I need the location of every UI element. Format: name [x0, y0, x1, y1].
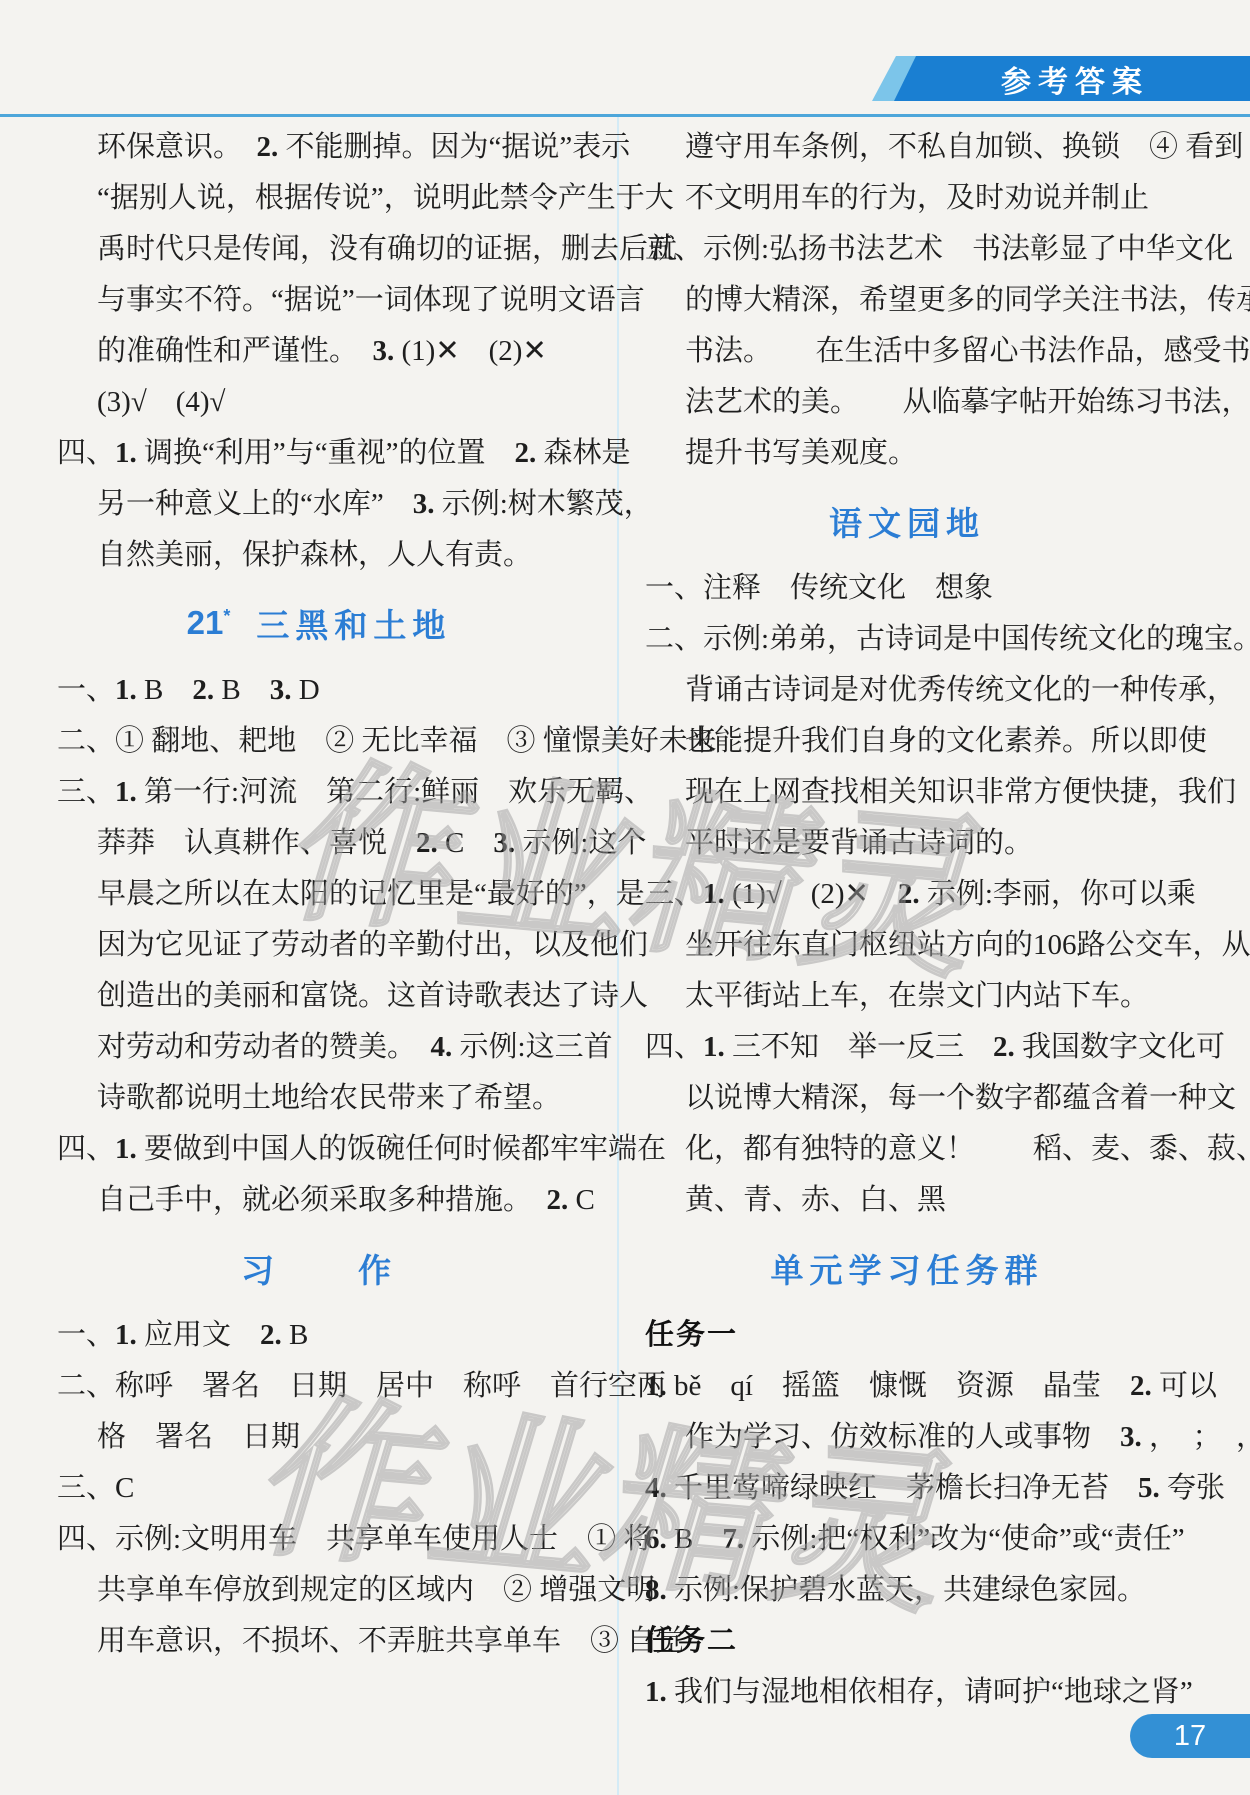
- answer-line: 现在上网查找相关知识非常方便快捷，我们: [645, 767, 1169, 818]
- answer-line: 自己手中，就必须采取多种措施。 2. C: [57, 1175, 581, 1226]
- answer-line: 莽莽 认真耕作、喜悦 2. C 3. 示例:这个: [57, 818, 581, 869]
- answer-line: 化，都有独特的意义！ 稻、麦、黍、菽、稷: [645, 1124, 1169, 1175]
- answer-line: 三、1. 第一行:河流 第二行:鲜丽 欢乐无羁、: [57, 767, 581, 818]
- answer-line: 格 署名 日期: [57, 1412, 581, 1463]
- answer-line: 因为它见证了劳动者的辛勤付出，以及他们: [57, 920, 581, 971]
- answer-line: 四、1. 要做到中国人的饭碗任何时候都牢牢端在: [57, 1124, 581, 1175]
- left-column: 环保意识。 2. 不能删掉。因为“据说”表示“据别人说，根据传说”，说明此禁令产…: [57, 122, 581, 1667]
- answer-line: 三、1. (1)√ (2)✕ 2. 示例:李丽，你可以乘: [645, 869, 1169, 920]
- page-number: 17: [1174, 1720, 1206, 1753]
- lesson-number: 21*: [187, 604, 231, 642]
- answer-line: 提升书写美观度。: [645, 428, 1169, 479]
- answer-line: 创造出的美丽和富饶。这首诗歌表达了诗人: [57, 971, 581, 1022]
- answer-line: “据别人说，根据传说”，说明此禁令产生于大: [57, 173, 581, 224]
- answer-line: 禹时代只是传闻，没有确切的证据，删去后就: [57, 224, 581, 275]
- answer-line: 四、1. 调换“利用”与“重视”的位置 2. 森林是: [57, 428, 581, 479]
- answer-line: 自然美丽，保护森林，人人有责。: [57, 530, 581, 581]
- answer-line: 也能提升我们自身的文化素养。所以即使: [645, 716, 1169, 767]
- answer-line: 1. 我们与湿地相依相存，请呵护“地球之肾”: [645, 1667, 1169, 1718]
- task-subheading: 任务二: [645, 1616, 1169, 1667]
- answer-line: 五、示例:弘扬书法艺术 书法彰显了中华文化: [645, 224, 1169, 275]
- answer-line: 的准确性和严谨性。 3. (1)✕ (2)✕: [57, 326, 581, 377]
- answer-line: 二、称呼 署名 日期 居中 称呼 首行空两: [57, 1361, 581, 1412]
- answer-line: (3)√ (4)√: [57, 377, 581, 428]
- answer-line: 环保意识。 2. 不能删掉。因为“据说”表示: [57, 122, 581, 173]
- right-column: 遵守用车条例，不私自加锁、换锁 ④ 看到不文明用车的行为，及时劝说并制止五、示例…: [645, 122, 1169, 1718]
- answer-line: 早晨之所以在太阳的记忆里是“最好的”，是: [57, 869, 581, 920]
- section-heading: 单元学习任务群: [645, 1226, 1169, 1310]
- answer-line: 二、示例:弟弟，古诗词是中国传统文化的瑰宝。: [645, 614, 1169, 665]
- section-heading: 语文园地: [645, 479, 1169, 563]
- answer-line: 以说博大精深，每一个数字都蕴含着一种文: [645, 1073, 1169, 1124]
- page-title: 参考答案: [987, 57, 1149, 101]
- answer-line: 不文明用车的行为，及时劝说并制止: [645, 173, 1169, 224]
- answer-line: 坐开往东直门枢纽站方向的106路公交车，从: [645, 920, 1169, 971]
- answer-line: 共享单车停放到规定的区域内 ② 增强文明: [57, 1565, 581, 1616]
- answer-line: 三、C: [57, 1463, 581, 1514]
- answer-line: 黄、青、赤、白、黑: [645, 1175, 1169, 1226]
- lesson-title: 三黑和土地: [256, 600, 451, 647]
- answer-line: 二、① 翻地、耙地 ② 无比幸福 ③ 憧憬美好未来: [57, 716, 581, 767]
- answer-line: 诗歌都说明土地给农民带来了希望。: [57, 1073, 581, 1124]
- answer-line: 的博大精深，希望更多的同学关注书法，传承: [645, 275, 1169, 326]
- answer-line: 书法。 在生活中多留心书法作品，感受书: [645, 326, 1169, 377]
- answer-line: 8. 示例:保护碧水蓝天，共建绿色家园。: [645, 1565, 1169, 1616]
- answer-line: 另一种意义上的“水库” 3. 示例:树木繁茂，: [57, 479, 581, 530]
- answer-book-page: { "header": { "title": "参考答案" }, "page_n…: [0, 0, 1250, 1795]
- answer-line: 4. 千里莺啼绿映红 茅檐长扫净无苔 5. 夸张: [645, 1463, 1169, 1514]
- page-number-pill: 17: [1130, 1714, 1250, 1758]
- answer-line: 遵守用车条例，不私自加锁、换锁 ④ 看到: [645, 122, 1169, 173]
- answer-line: 平时还是要背诵古诗词的。: [645, 818, 1169, 869]
- answer-line: 对劳动和劳动者的赞美。 4. 示例:这三首: [57, 1022, 581, 1073]
- answer-line: 与事实不符。“据说”一词体现了说明文语言: [57, 275, 581, 326]
- answer-line: 四、1. 三不知 举一反三 2. 我国数字文化可: [645, 1022, 1169, 1073]
- answer-line: 背诵古诗词是对优秀传统文化的一种传承，: [645, 665, 1169, 716]
- task-subheading: 任务一: [645, 1310, 1169, 1361]
- answer-line: 一、注释 传统文化 想象: [645, 563, 1169, 614]
- answer-line: 一、1. 应用文 2. B: [57, 1310, 581, 1361]
- answer-line: 四、示例:文明用车 共享单车使用人士 ① 将: [57, 1514, 581, 1565]
- answer-line: 法艺术的美。 从临摹字帖开始练习书法，: [645, 377, 1169, 428]
- answer-line: 作为学习、仿效标准的人或事物 3. ， ； ， 。: [645, 1412, 1169, 1463]
- answer-line: 太平街站上车，在崇文门内站下车。: [645, 971, 1169, 1022]
- section-heading: 21*三黑和土地: [57, 581, 581, 665]
- header-rule: [0, 114, 1250, 117]
- answer-line: 6. B 7. 示例:把“权利”改为“使命”或“责任”: [645, 1514, 1169, 1565]
- answer-line: 用车意识，不损坏、不弄脏共享单车 ③ 自觉: [57, 1616, 581, 1667]
- section-heading: 习 作: [57, 1226, 581, 1310]
- answer-line: 1. bě qí 摇篮 慷慨 资源 晶莹 2. 可以: [645, 1361, 1169, 1412]
- answer-line: 一、1. B 2. B 3. D: [57, 665, 581, 716]
- header-banner: 参考答案: [886, 56, 1250, 101]
- asterisk: *: [223, 606, 230, 626]
